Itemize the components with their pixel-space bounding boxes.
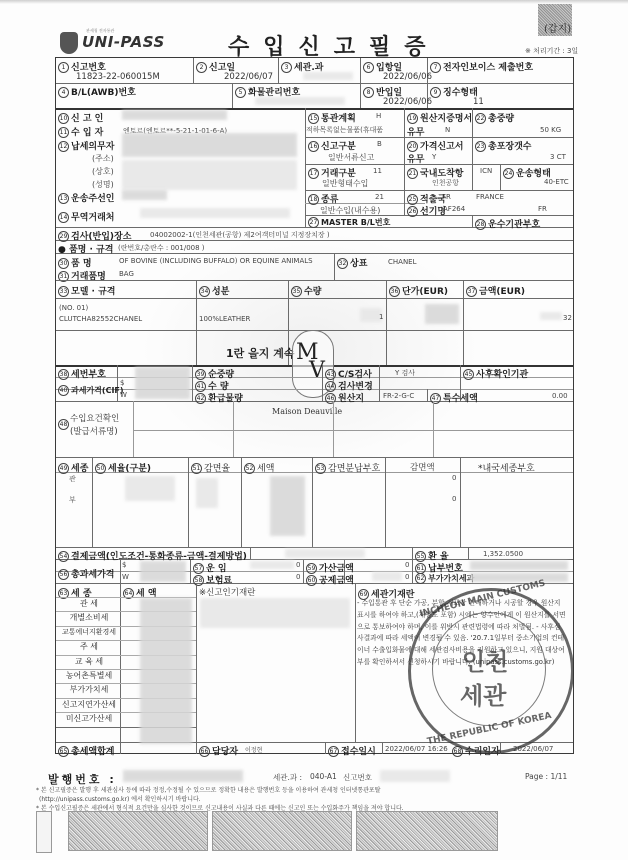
product-name-label: 30품 명: [58, 256, 92, 269]
cs-inspection-value: Y 검사: [395, 368, 415, 378]
tax-type-row: 미신고가산세: [58, 713, 120, 724]
tax-type-row: 농어촌특별세: [58, 670, 120, 681]
amount-value: 32: [563, 314, 572, 322]
deductions-value: 0: [405, 573, 409, 581]
seal-center-line2: 세관: [460, 676, 506, 711]
cargo-mgmt-redacted: [255, 97, 345, 105]
2d-barcode-2: [212, 811, 352, 851]
taxable-price-label: 40과세가격(CIF): [58, 385, 124, 396]
col-unit-price-header: 36단가(EUR): [389, 284, 448, 297]
origin-label: 46원산지: [325, 391, 364, 404]
tax-col-reduction-amount: 감면액: [410, 461, 435, 473]
vessel-value: FR: [538, 205, 547, 213]
trade-name-value: BAG: [119, 270, 134, 278]
collection-type-label: 9징수형태: [430, 85, 478, 98]
trade-partner-label: 14무역거래처: [58, 210, 114, 223]
origin-cert-label: 19원산지증명서: [407, 111, 472, 124]
special-tax-label: 47특수세액: [430, 391, 478, 404]
tax-type-row: 교통에너지환경세: [58, 627, 120, 637]
brand-label: 32상표: [337, 256, 367, 269]
tax-row-reduction: 0: [452, 495, 456, 503]
decl-type-code: B: [377, 140, 382, 148]
total-tax-label: 65총세액합계: [58, 744, 114, 757]
import-kind-label: 18종류: [308, 192, 338, 205]
special-tax-value: 0.00: [552, 392, 568, 400]
total-weight-label: 22총중량: [475, 111, 514, 124]
2d-barcode-1: [68, 811, 208, 851]
deductions-label: 60공제금액: [306, 573, 354, 586]
import-kind-value: 일반수입(내수용): [320, 205, 380, 216]
footer-decl-no-label: 신고번호: [343, 772, 372, 783]
vessel-code: AF264: [443, 205, 465, 213]
transport-mode-value: 40-ETC: [544, 178, 569, 186]
copy-label: (갑지): [544, 20, 571, 35]
tax-row-type: 부: [69, 495, 76, 505]
tax-amounts-redacted: [140, 598, 192, 744]
processing-period: ※ 처리기간 : 3일: [525, 46, 578, 56]
trade-type-value: 일반형태수입: [322, 178, 368, 189]
vessel-label: 26선기명: [407, 204, 446, 217]
composition-value: 100%LEATHER: [199, 315, 250, 323]
taxpayer-details-redacted: [122, 160, 297, 190]
taxpayer-address-label: (주소): [92, 153, 114, 164]
total-taxable-redacted: [140, 561, 186, 582]
importer-label: 11수 입 자: [58, 125, 103, 138]
exchange-rate-value: 1,352.0500: [483, 550, 523, 558]
receipt-time-value: 2022/06/07 16:26: [385, 745, 448, 753]
taxpayer-name-label: (성명): [92, 179, 114, 190]
2d-barcode-3: [356, 811, 498, 851]
forwarder-label: 13운송주선인: [58, 191, 114, 204]
total-taxable-krw: W: [122, 573, 129, 581]
amount-redacted: [540, 312, 562, 320]
total-taxable-label: 56총과세가격: [58, 567, 114, 580]
arrival-port-value: 인천공항: [432, 178, 459, 188]
arrival-port-code: ICN: [480, 167, 492, 175]
total-weight-value: 50 KG: [540, 126, 561, 134]
maison-deauville-text: Maison Deauville: [272, 407, 342, 416]
total-taxable-usd: $: [122, 561, 126, 569]
vat-base-label: 62부가가치세과: [415, 573, 474, 584]
trade-partner-redacted: [140, 208, 290, 218]
footer-note-1b: (http://unipass.customs.go.kr) 에서 확인하시기 …: [39, 794, 201, 803]
declaration-date-value: 2022/06/07: [224, 72, 273, 82]
tax-type-row: 교 육 세: [58, 656, 120, 667]
tax-row-reduction: 0: [452, 474, 456, 482]
item-line-info: (란번호/총란수 : 001/008 ): [118, 243, 205, 253]
price-decl-sub: 유무: [407, 152, 424, 165]
product-name-value: OF BOVINE (INCLUDING BUFFALO) OR EQUINE …: [119, 257, 313, 265]
footer-note-1: * 본 신고필증은 발행 후 세관심사 등에 따라 정정,수정될 수 있으므로 …: [36, 785, 381, 794]
officer-label: 66담당자: [199, 744, 238, 757]
quantity-value: 1: [379, 313, 383, 321]
col-quantity-header: 35수량: [291, 284, 321, 297]
tax-type-row: 신고지연가산세: [58, 699, 120, 710]
tax-col-rate: 50세율(구분): [95, 461, 151, 474]
taxpayer-company-label: (상호): [92, 166, 114, 177]
price-decl-value: Y: [432, 153, 436, 161]
requirement-sub: (발급서류명): [70, 425, 118, 437]
total-packages-label: 23총포장갯수: [475, 139, 531, 152]
seal-center-line1: 인천: [462, 642, 508, 677]
tax-col-reduction-rate: 51감면율: [191, 461, 230, 474]
total-packages-value: 3 CT: [550, 153, 566, 161]
insurance-label: 58보험료: [193, 573, 232, 586]
model-line1: (NO. 01): [59, 304, 88, 312]
insurance-value: 0: [296, 573, 300, 581]
carry-in-date-value: 2022/06/06: [383, 97, 432, 107]
continued-note: 1란 을지 계속: [226, 345, 294, 361]
inspection-place-value: 04002002-1(인천세관(공항) 제2여객터미널 지정장치장 ): [150, 230, 330, 240]
origin-value: FR-2-G-C: [383, 392, 414, 400]
import-kind-code: 21: [375, 193, 384, 201]
tax-type-row: 부가가치세: [58, 684, 120, 695]
footer-customs-label: 세관.과 :: [273, 772, 302, 783]
customs-office-redacted: [303, 72, 353, 80]
col-model-header: 33모델 · 규격: [58, 284, 115, 297]
tax-amount-redacted: [270, 476, 305, 536]
scan-shadow: [0, 0, 628, 4]
model-line2: CLUTCHA82552CHANEL: [59, 315, 142, 323]
trade-type-code: 11: [373, 167, 382, 175]
vat-base-redacted: [470, 573, 568, 582]
e-invoice-label: 7전자인보이스 제출번호: [430, 60, 533, 73]
additions-value: 0: [405, 561, 409, 569]
inspection-place-label: 29검사(반입)장소: [58, 229, 131, 242]
footer-customs-value: 040-A1: [310, 772, 337, 781]
origin-cert-value: N: [445, 126, 450, 134]
collection-type-value: 11: [473, 97, 484, 107]
taxable-krw-symbol: W: [120, 391, 127, 399]
freight-value: 0: [296, 561, 300, 569]
decl-type-value: 일반서류신고: [328, 152, 374, 163]
settlement-redacted: [285, 549, 365, 558]
reduction-rate-redacted: [196, 478, 218, 508]
arrival-date-value: 2022/06/06: [383, 72, 432, 82]
freight-redacted: [250, 561, 294, 569]
tax-type-row: 관 세: [58, 598, 120, 609]
barcode-label-box: [36, 811, 52, 853]
tax-col-amount: 52세액: [244, 461, 274, 474]
customs-shield-icon: [60, 32, 78, 54]
item-section-label: ● 품명 · 규격: [58, 242, 113, 255]
unit-price-redacted: [425, 304, 459, 324]
hs-and-price-redacted: [135, 367, 190, 399]
issue-no-redacted: [123, 770, 243, 782]
master-bl-label: 27MASTER B/L번호: [308, 217, 390, 228]
page-indicator: Page : 1/11: [525, 772, 567, 781]
deductions-redacted: [372, 572, 402, 581]
tax-type-row: 주 세: [58, 641, 120, 652]
export-country-code: FR: [442, 193, 451, 201]
brand-value: CHANEL: [388, 258, 417, 266]
refund-qty-label: 42환급물량: [195, 391, 243, 404]
post-check-label: 45사후확인기관: [463, 367, 528, 380]
declarant-redacted: [122, 110, 227, 120]
payment-no-redacted: [470, 561, 568, 570]
unipass-logo: UNI-PASS: [82, 33, 165, 51]
tax-col-type: 49세종: [58, 461, 88, 474]
requirement-title: 수입요건확인: [70, 412, 119, 424]
carrier-code-label: 28운수기관부호: [475, 217, 540, 230]
col-amount-header: 37금액(EUR): [466, 284, 525, 297]
export-country-value: FRANCE: [476, 193, 504, 201]
declarant-note-redacted: [200, 598, 350, 628]
bl-no-label: 4B/L(AWB)번호: [58, 85, 136, 98]
declarant-note-label: ※신고인기재란: [199, 586, 255, 598]
tax-col-reduction-code: 53감면분납부호: [315, 461, 380, 474]
forwarder-redacted: [122, 190, 167, 200]
tax-col-internal-code: *내국세종부호: [478, 461, 535, 474]
clearance-plan-label: 15통관계획: [308, 111, 356, 124]
taxable-usd-symbol: $: [120, 379, 124, 387]
footer-decl-no-redacted: [380, 770, 450, 782]
tax-type-row: 개별소비세: [58, 612, 120, 623]
import-declaration-certificate: 관세청 전자통관 UNI-PASS 수입신고필증 (갑지) ※ 처리기간 : 3…: [0, 0, 628, 860]
declarant-label: 10신 고 인: [58, 111, 103, 124]
tax-rate-redacted: [125, 476, 175, 501]
col-composition-header: 34성분: [199, 284, 229, 297]
origin-cert-sub: 유무: [407, 125, 424, 138]
declaration-no-value: 11823-22-060015M: [76, 72, 160, 82]
decl-type-label: 16신고구분: [308, 139, 356, 152]
taxpayer-label: 12납세의무자: [58, 139, 114, 152]
officer-value: 이정현: [245, 745, 262, 754]
hs-code-label: 38세번부호: [58, 367, 106, 380]
receipt-time-label: 67접수일시: [328, 744, 376, 757]
price-decl-label: 20가격신고서: [407, 139, 463, 152]
taxpayer-redacted: [122, 133, 297, 157]
clearance-plan-code: H: [376, 112, 381, 120]
tax-row-type: 관: [69, 474, 76, 484]
clearance-plan-value: 적하목록없는물품(휴대품: [306, 125, 383, 135]
